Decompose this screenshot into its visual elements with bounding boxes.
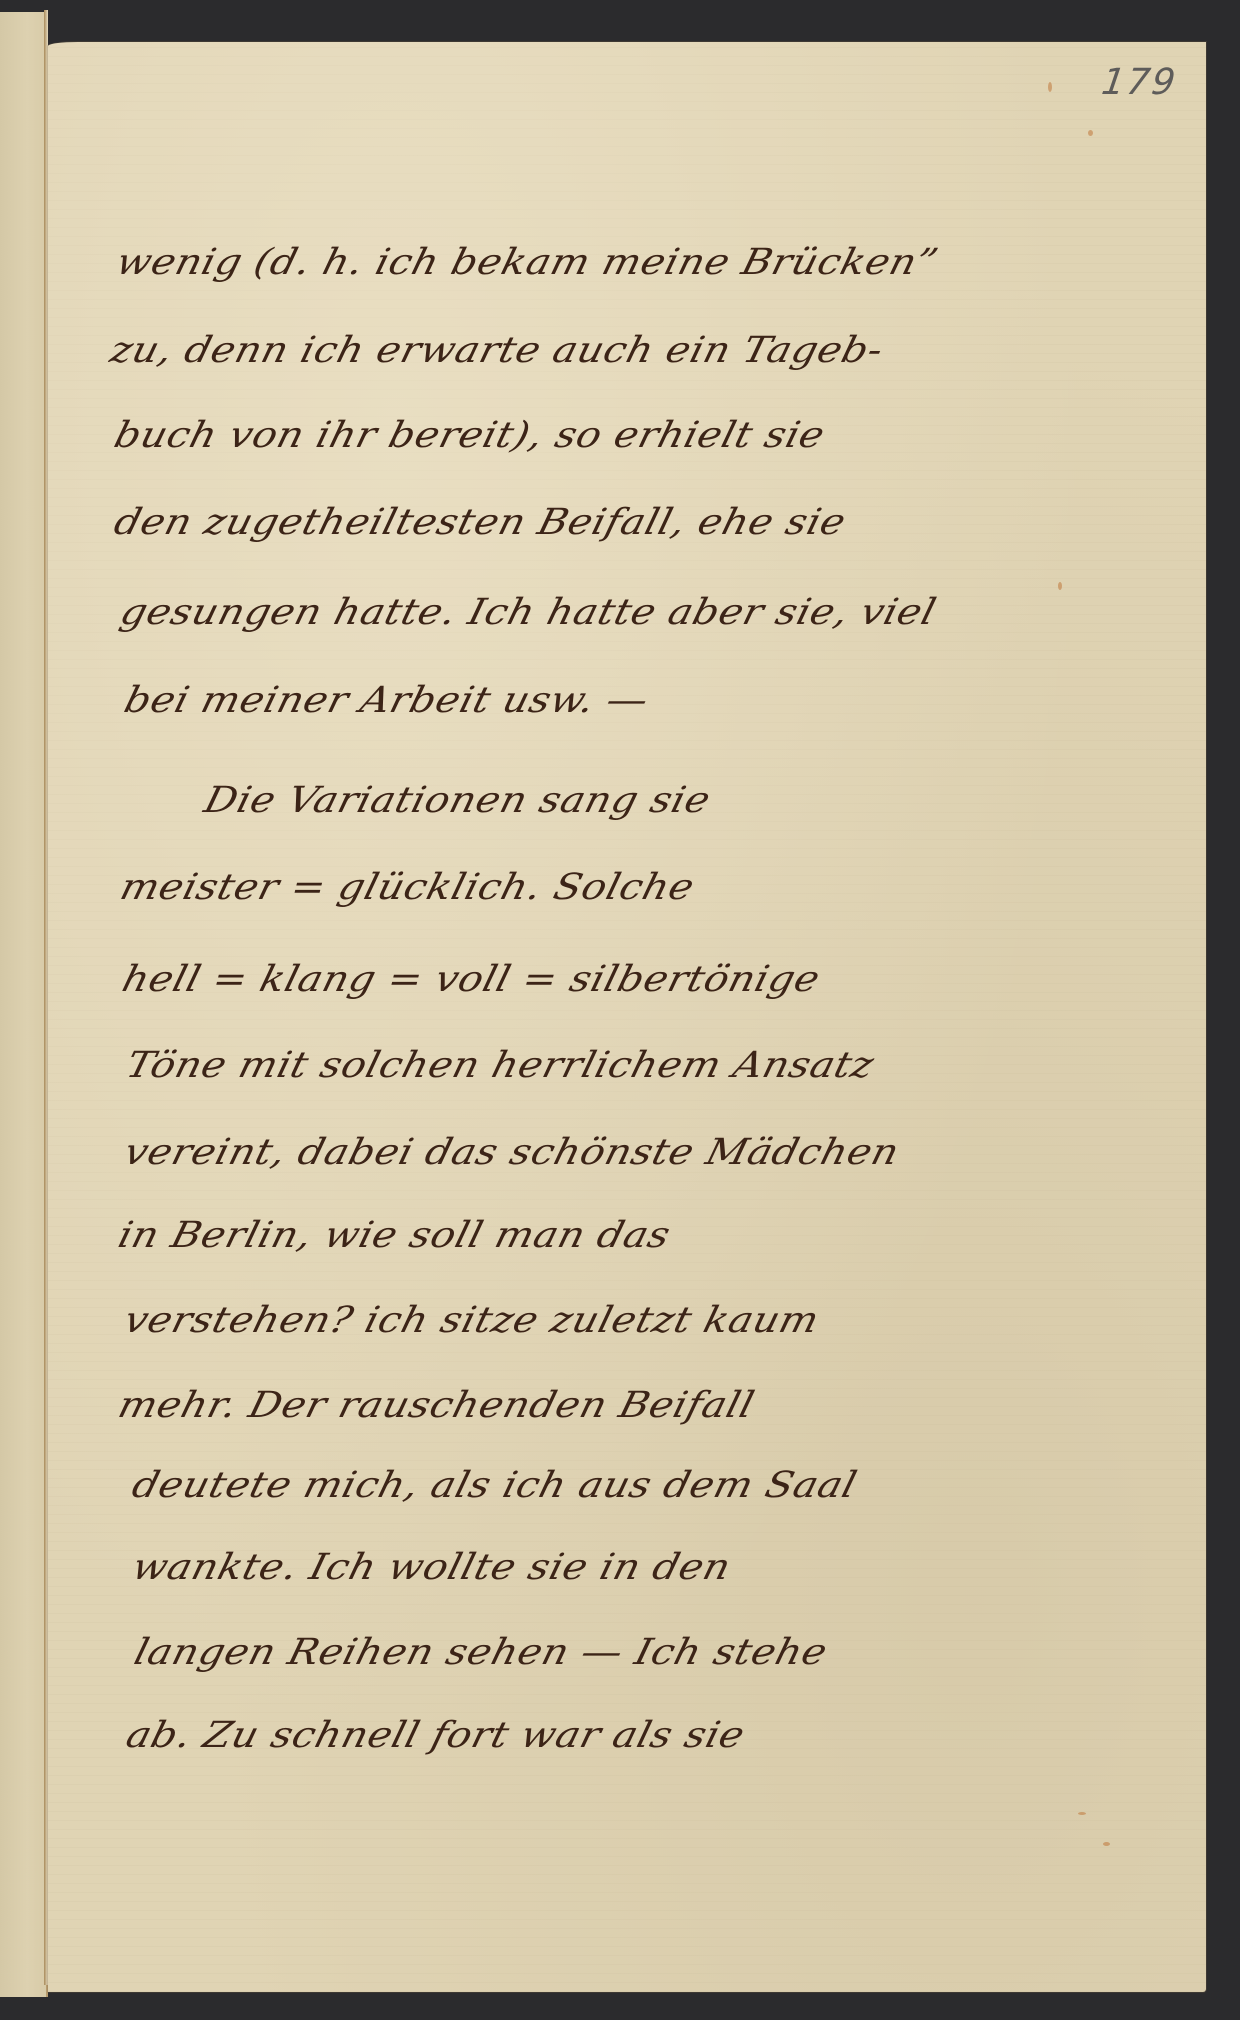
- manuscript-line: verstehen? ich sitze zuletzt kaum: [120, 1300, 823, 1341]
- manuscript-line: gesungen hatte. Ich hatte aber sie, viel: [116, 592, 940, 633]
- manuscript-line: deutete mich, als ich aus dem Saal: [128, 1465, 861, 1506]
- manuscript-line: in Berlin, wie soll man das: [114, 1215, 675, 1256]
- manuscript-line: buch von ihr bereit), so erhielt sie: [110, 415, 829, 456]
- manuscript-line: mehr. Der rauschenden Beifall: [114, 1385, 759, 1426]
- manuscript-line: wenig (d. h. ich bekam meine Brücken”: [112, 242, 942, 283]
- manuscript-line: meister = glücklich. Solche: [116, 867, 699, 908]
- manuscript-line: Die Variationen sang sie: [200, 780, 715, 821]
- manuscript-line: wankte. Ich wollte sie in den: [128, 1547, 735, 1588]
- manuscript-line: zu, denn ich erwarte auch ein Tageb-: [106, 330, 887, 371]
- manuscript-line: den zugetheiltesten Beifall, ehe sie: [110, 502, 850, 543]
- foxing-spot: [1048, 82, 1052, 92]
- manuscript-line: langen Reihen sehen — Ich stehe: [130, 1632, 832, 1673]
- folio-number: 179: [1099, 62, 1179, 103]
- facing-page-edge: [0, 12, 48, 1997]
- foxing-spot: [1058, 582, 1062, 590]
- manuscript-line: vereint, dabei das schönste Mädchen: [120, 1132, 903, 1173]
- manuscript-line: Töne mit solchen herrlichem Ansatz: [122, 1045, 878, 1086]
- manuscript-page: wenig (d. h. ich bekam meine Brücken” zu…: [48, 42, 1206, 1992]
- foxing-spot: [1103, 1842, 1110, 1846]
- manuscript-line: bei meiner Arbeit usw. —: [120, 680, 653, 721]
- manuscript-line: hell = klang = voll = silbertönige: [118, 959, 824, 1000]
- foxing-spot: [1088, 130, 1093, 136]
- foxing-spot: [1078, 1812, 1086, 1815]
- manuscript-line: ab. Zu schnell fort war als sie: [122, 1715, 749, 1756]
